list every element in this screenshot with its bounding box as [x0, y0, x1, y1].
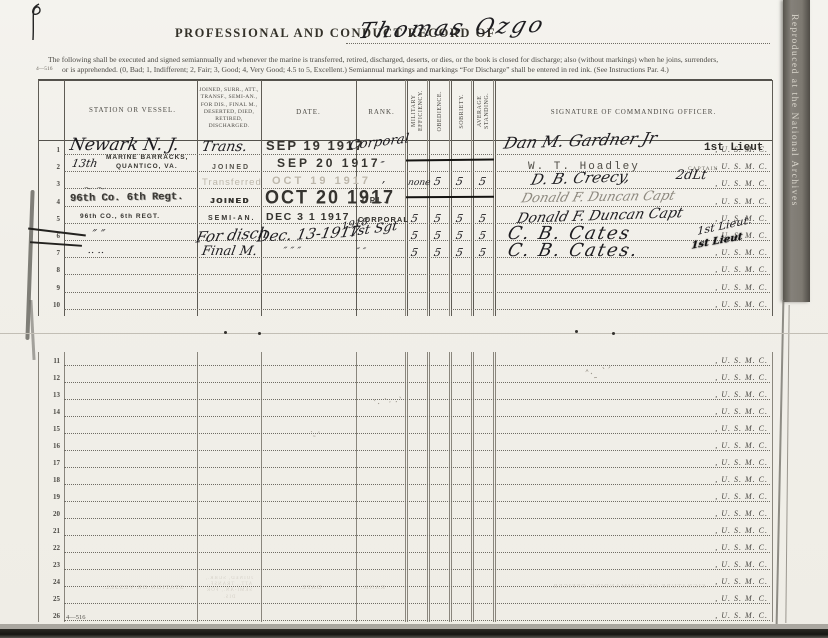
- column-line-double: [449, 352, 450, 622]
- entry-event-stamp: JOINED: [212, 164, 250, 171]
- usmc-row-label: , U. S. M. C.: [678, 492, 768, 501]
- form-number-bottom: 4—516: [66, 614, 86, 621]
- entry-station: Newark N. J.: [68, 135, 180, 155]
- row-number: 17: [40, 459, 60, 467]
- row-number: 26: [40, 612, 60, 620]
- row-dotted-line: [64, 171, 770, 172]
- usmc-row-label: , U. S. M. C.: [678, 441, 768, 450]
- name-underline: [346, 43, 770, 44]
- row-number: 1: [40, 146, 60, 154]
- ghost-header-rank: RANK.: [345, 584, 400, 591]
- row-number: 4: [40, 198, 60, 206]
- row-dotted-line: [64, 416, 770, 417]
- instructions-line-1: The following shall be executed and sign…: [48, 55, 748, 64]
- column-line-double: [493, 352, 494, 622]
- entry-date-stamp: SEP 20 1917: [277, 156, 381, 170]
- entry-rank-ditto: ″ ″: [355, 247, 366, 257]
- column-line-double: [427, 352, 428, 622]
- entry-station-stamp: MARINE BARRACKS,: [106, 154, 188, 161]
- row-number: 19: [40, 493, 60, 501]
- usmc-row-label: , U. S. M. C.: [678, 475, 768, 484]
- usmc-row-label: , U. S. M. C.: [678, 373, 768, 382]
- entry-signature: D. B. Creecy,: [529, 167, 632, 188]
- col-header-event: JOINED, SURR., ATT., TRANSF., SEMI-AN., …: [199, 87, 259, 131]
- row-dotted-line: [64, 292, 770, 293]
- column-line: [407, 352, 408, 622]
- row-dotted-line: [64, 484, 770, 485]
- entry-event-stamp: JOINED: [210, 196, 250, 205]
- record-holder-name: Thomas Ozgo: [355, 13, 549, 44]
- row-dotted-line: [64, 620, 770, 621]
- row-dotted-line: [64, 518, 770, 519]
- entry-signature: C. B. Cates.: [506, 240, 641, 261]
- col-header-rank: RANK.: [356, 108, 407, 116]
- fold-crease: [0, 333, 828, 334]
- column-line: [451, 352, 452, 622]
- archives-watermark-text: Reproduced at the National Archives: [789, 14, 799, 207]
- column-line: [356, 352, 357, 622]
- entry-station-stamp: 96th CO., 6th REGT.: [80, 213, 160, 220]
- usmc-row-label: , U. S. M. C.: [678, 611, 768, 620]
- column-line: [38, 80, 39, 316]
- entry-date: Dec. 13-1917: [256, 222, 362, 245]
- ink-speck: [224, 331, 227, 334]
- row-number: 14: [40, 408, 60, 416]
- row-dotted-line: [64, 450, 770, 451]
- row-dotted-line: [64, 552, 770, 553]
- entry-event-stamp: SEMI-AN.: [208, 215, 256, 222]
- entry-station-ditto: ‥ ‥: [87, 245, 105, 256]
- pencil-smudge: ˄·ˍ `´: [584, 366, 612, 381]
- column-line: [772, 352, 773, 622]
- row-dotted-line: [64, 569, 770, 570]
- usmc-row-label: , U. S. M. C.: [678, 197, 768, 206]
- ink-stroke: [406, 196, 494, 199]
- usmc-row-label: , U. S. M. C.: [678, 560, 768, 569]
- row-number: 13: [40, 391, 60, 399]
- usmc-row-label: , U. S. M. C.: [678, 594, 768, 603]
- entry-rank: Corporal: [348, 132, 409, 154]
- binding-shadow-2: [29, 300, 35, 360]
- usmc-row-label: , U. S. M. C.: [678, 543, 768, 552]
- row-dotted-line: [64, 535, 770, 536]
- row-number: 25: [40, 595, 60, 603]
- row-number: 23: [40, 561, 60, 569]
- row-dotted-line: [64, 399, 770, 400]
- ghost-header-event: JOINED, SURR., ATT., TRANSF., SEMI-AN., …: [200, 576, 258, 601]
- column-line-double: [471, 352, 472, 622]
- form-number-top: 4—516: [36, 66, 53, 72]
- entry-station-ditto: ″ ″: [91, 227, 106, 241]
- column-line: [197, 80, 198, 316]
- column-line: [495, 352, 496, 622]
- entry-date-stamp: DEC 3 1 1917: [266, 211, 350, 223]
- ink-speck: [575, 330, 578, 333]
- entry-rank-stamp: CPL.: [362, 196, 388, 205]
- entry-event: Final M.: [201, 244, 259, 259]
- col-header-average-standing: AVERAGE STANDING.: [473, 83, 495, 139]
- col-header-station: STATION OR VESSEL.: [68, 106, 197, 114]
- row-number: 11: [40, 357, 60, 365]
- column-line-double: [405, 352, 406, 622]
- row-number: 20: [40, 510, 60, 518]
- row-number: 18: [40, 476, 60, 484]
- ghost-header-date: DATE.: [280, 584, 340, 591]
- scan-bottom-edge: [0, 629, 828, 638]
- row-number: 2: [40, 163, 60, 171]
- entry-station-stamp: 96th Co. 6th Regt.: [70, 191, 184, 205]
- entry-mark: none: [407, 178, 431, 188]
- row-number: 22: [40, 544, 60, 552]
- usmc-row-label: , U. S. M. C.: [678, 300, 768, 309]
- usmc-row-label: , U. S. M. C.: [678, 424, 768, 433]
- row-number: 12: [40, 374, 60, 382]
- usmc-row-label: , U. S. M. C.: [678, 356, 768, 365]
- ink-stroke: [406, 159, 494, 162]
- usmc-row-label: , U. S. M. C.: [678, 526, 768, 535]
- column-line: [261, 352, 262, 622]
- pencil-smudge: `· ˋˑ ·`: [372, 396, 404, 410]
- row-dotted-line: [64, 365, 770, 366]
- row-dotted-line: [64, 274, 770, 275]
- row-number: 21: [40, 527, 60, 535]
- column-line: [64, 80, 65, 316]
- page-edge-line-2: [785, 305, 789, 623]
- entry-station-stamp: QUANTICO, VA.: [116, 163, 178, 170]
- row-dotted-line: [64, 433, 770, 434]
- row-number: 3: [40, 180, 60, 188]
- ink-speck: [258, 332, 261, 335]
- row-dotted-line: [64, 603, 770, 604]
- row-number: 9: [40, 284, 60, 292]
- row-number: 5: [40, 215, 60, 223]
- entry-mark: 5: [455, 175, 464, 188]
- page-edge-line: [776, 300, 785, 626]
- column-line: [473, 352, 474, 622]
- column-line: [197, 352, 198, 622]
- row-number: 7: [40, 249, 60, 257]
- archives-edge-strip: Reproduced at the National Archives: [783, 0, 810, 302]
- usmc-row-label: , U. S. M. C.: [678, 390, 768, 399]
- row-dotted-line: [64, 309, 770, 310]
- entry-event: Trans.: [201, 139, 249, 155]
- column-line: [429, 352, 430, 622]
- row-number: 8: [40, 266, 60, 274]
- row-number: 24: [40, 578, 60, 586]
- entry-rank-ditto: ″: [379, 159, 385, 172]
- column-line: [772, 80, 773, 316]
- row-dotted-line: [64, 501, 770, 502]
- entry-event-stamp-faint: Transferred: [202, 177, 262, 188]
- row-number: 10: [40, 301, 60, 309]
- usmc-row-label: , U. S. M. C.: [678, 407, 768, 416]
- col-header-signature: SIGNATURE OF COMMANDING OFFICER.: [495, 108, 772, 116]
- entry-mark: 5: [478, 175, 487, 188]
- row-number: 6: [40, 232, 60, 240]
- usmc-row-label: , U. S. M. C.: [678, 458, 768, 467]
- column-line: [38, 352, 39, 622]
- entry-station-note: 13th: [71, 157, 99, 170]
- usmc-row-label: , U. S. M. C.: [678, 265, 768, 274]
- pencil-smudge: ·ˍ·: [310, 428, 321, 439]
- ghost-header-station: STATION OR VESSEL.: [90, 584, 195, 591]
- ink-speck: [612, 332, 615, 335]
- scanned-record-page: Reproduced at the National Archives PROF…: [0, 0, 828, 638]
- row-number: 15: [40, 425, 60, 433]
- col-header-obedience: OBEDIENCE.: [429, 83, 451, 139]
- ghost-header-signature: SIGNATURE OF COMMANDING OFFICER.: [520, 583, 735, 590]
- entry-signature-rank: 1st Lieut: [704, 142, 763, 154]
- column-line: [64, 352, 65, 622]
- entry-signature-faint: Donald F. Duncan Capt: [520, 189, 677, 207]
- usmc-row-label: , U. S. M. C.: [678, 283, 768, 292]
- instructions-line-2: or is apprehended. (0, Bad; 1, Indiffere…: [62, 65, 752, 74]
- pen-squiggle: [27, 2, 49, 42]
- entry-mark: 5: [433, 175, 442, 188]
- col-header-date: DATE.: [261, 108, 356, 116]
- entry-date-ditto: ″ ″ ″: [282, 246, 302, 257]
- col-header-military-efficiency: MILITARY EFFICIENCY.: [407, 83, 429, 139]
- entry-signature-rank: 2dLt: [675, 168, 708, 183]
- usmc-row-label: , U. S. M. C.: [678, 509, 768, 518]
- row-number: 16: [40, 442, 60, 450]
- entry-signature: Dan M. Gardner Jr: [502, 128, 659, 152]
- row-dotted-line: [64, 467, 770, 468]
- col-header-sobriety: SOBRIETY.: [451, 83, 473, 139]
- row-dotted-line: [64, 382, 770, 383]
